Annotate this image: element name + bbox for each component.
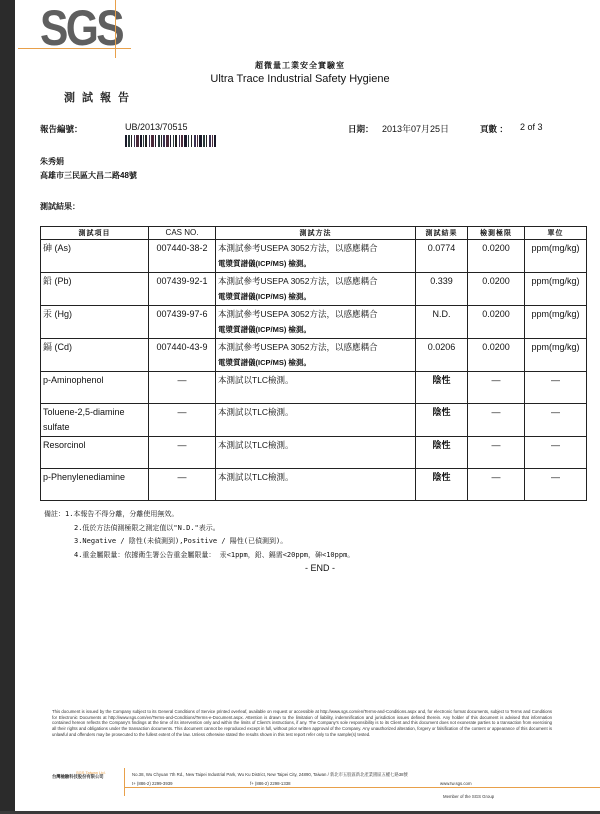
sgs-logo: SGS bbox=[40, 2, 122, 54]
col-header-limit: 檢測極限 bbox=[468, 227, 525, 240]
cell-cas: — bbox=[149, 404, 216, 437]
end-marker: - END - bbox=[0, 563, 600, 573]
method-line-2: 電漿質譜儀(ICP/MS) 檢測。 bbox=[218, 256, 413, 271]
table-row: 汞 (Hg)007439-97-6本測試參考USEPA 3052方法，以感應耦合… bbox=[41, 306, 587, 339]
footer-fax: f+ (886-2) 2298-1338 bbox=[250, 781, 291, 786]
cell-item: Toluene-2,5-diamine sulfate bbox=[41, 404, 149, 437]
cell-item: 砷 (As) bbox=[41, 240, 149, 273]
col-header-method: 測試方法 bbox=[216, 227, 416, 240]
footer-member: Member of the SGS Group bbox=[443, 794, 494, 799]
note-line-2: 2.低於方法偵測極限之測定值以"N.D."表示。 bbox=[44, 522, 354, 536]
footer-company-cn: 台灣檢驗科技股份有限公司 bbox=[52, 774, 104, 780]
cell-method: 本測試以TLC檢測。 bbox=[216, 437, 416, 469]
cell-item: p-Phenylenediamine bbox=[41, 469, 149, 501]
cell-unit: — bbox=[525, 437, 587, 469]
cell-limit: — bbox=[468, 437, 525, 469]
footer-accent-line bbox=[124, 787, 600, 788]
cell-result: 陰性 bbox=[416, 404, 468, 437]
cell-method: 本測試參考USEPA 3052方法，以感應耦合電漿質譜儀(ICP/MS) 檢測。 bbox=[216, 306, 416, 339]
col-header-cas: CAS NO. bbox=[149, 227, 216, 240]
notes-section: 備註：1.本報告不得分離，分離使用無效。 2.低於方法偵測極限之測定值以"N.D… bbox=[44, 508, 354, 562]
cell-item: 鉛 (Pb) bbox=[41, 273, 149, 306]
cell-cas: 007439-97-6 bbox=[149, 306, 216, 339]
page-label: 頁數 ： bbox=[480, 123, 508, 135]
cell-unit: ppm(mg/kg) bbox=[525, 240, 587, 273]
cell-cas: — bbox=[149, 372, 216, 404]
client-name: 朱秀娟 bbox=[40, 156, 64, 167]
cell-unit: ppm(mg/kg) bbox=[525, 306, 587, 339]
table-header-row: 測試項目 CAS NO. 測試方法 測試結果 檢測極限 單位 bbox=[41, 227, 587, 240]
cell-cas: 007440-38-2 bbox=[149, 240, 216, 273]
method-line-1: 本測試參考USEPA 3052方法，以感應耦合 bbox=[218, 307, 413, 322]
report-no-label: 報告編號： bbox=[40, 123, 83, 135]
page-number: 2 of 3 bbox=[520, 122, 543, 132]
method-line-1: 本測試參考USEPA 3052方法，以感應耦合 bbox=[218, 274, 413, 289]
method-line-1: 本測試參考USEPA 3052方法，以感應耦合 bbox=[218, 340, 413, 355]
cell-method: 本測試以TLC檢測。 bbox=[216, 372, 416, 404]
method-line-2: 電漿質譜儀(ICP/MS) 檢測。 bbox=[218, 355, 413, 370]
table-row: 鉛 (Pb)007439-92-1本測試參考USEPA 3052方法，以感應耦合… bbox=[41, 273, 587, 306]
col-header-unit: 單位 bbox=[525, 227, 587, 240]
cell-unit: — bbox=[525, 372, 587, 404]
col-header-item: 測試項目 bbox=[41, 227, 149, 240]
cell-result: 陰性 bbox=[416, 469, 468, 501]
note-line-1: 備註：1.本報告不得分離，分離使用無效。 bbox=[44, 508, 354, 522]
cell-unit: ppm(mg/kg) bbox=[525, 273, 587, 306]
cell-method: 本測試參考USEPA 3052方法，以感應耦合電漿質譜儀(ICP/MS) 檢測。 bbox=[216, 273, 416, 306]
cell-limit: 0.0200 bbox=[468, 339, 525, 372]
report-no: UB/2013/70515 bbox=[125, 122, 188, 132]
method-line-2: 電漿質譜儀(ICP/MS) 檢測。 bbox=[218, 289, 413, 304]
cell-limit: 0.0200 bbox=[468, 306, 525, 339]
cell-method: 本測試以TLC檢測。 bbox=[216, 469, 416, 501]
viewer-left-margin bbox=[0, 0, 15, 814]
report-title: 測試報告 bbox=[64, 89, 136, 105]
client-address: 高雄市三民區大昌二路48號 bbox=[40, 170, 137, 181]
results-table: 測試項目 CAS NO. 測試方法 測試結果 檢測極限 單位 砷 (As)007… bbox=[40, 226, 587, 501]
cell-method: 本測試參考USEPA 3052方法，以感應耦合電漿質譜儀(ICP/MS) 檢測。 bbox=[216, 339, 416, 372]
report-date: 2013年07月25日 bbox=[382, 122, 449, 135]
method-line-2: 電漿質譜儀(ICP/MS) 檢測。 bbox=[218, 322, 413, 337]
cell-cas: 007440-43-9 bbox=[149, 339, 216, 372]
date-label: 日期： bbox=[348, 123, 374, 135]
lab-name-cn: 超微量工業安全實驗室 bbox=[0, 60, 600, 71]
cell-limit: — bbox=[468, 469, 525, 501]
cell-method: 本測試參考USEPA 3052方法，以感應耦合電漿質譜儀(ICP/MS) 檢測。 bbox=[216, 240, 416, 273]
cell-limit: 0.0200 bbox=[468, 273, 525, 306]
cell-limit: — bbox=[468, 372, 525, 404]
method-line-1: 本測試參考USEPA 3052方法，以感應耦合 bbox=[218, 241, 413, 256]
method-line-1: 本測試以TLC檢測。 bbox=[218, 470, 413, 485]
method-line-1: 本測試以TLC檢測。 bbox=[218, 438, 413, 453]
cell-limit: 0.0200 bbox=[468, 240, 525, 273]
cell-item: 汞 (Hg) bbox=[41, 306, 149, 339]
footer-accent-line-vertical bbox=[124, 768, 125, 796]
footer-address: No.38, Wu Chyuan 7th Rd., New Taipei Ind… bbox=[132, 772, 408, 778]
cell-method: 本測試以TLC檢測。 bbox=[216, 404, 416, 437]
cell-item: p-Aminophenol bbox=[41, 372, 149, 404]
notes-label: 備註： bbox=[44, 510, 65, 518]
logo-accent-line-vertical bbox=[115, 0, 116, 58]
cell-result: 0.0206 bbox=[416, 339, 468, 372]
cell-limit: — bbox=[468, 404, 525, 437]
cell-unit: — bbox=[525, 469, 587, 501]
cell-result: 陰性 bbox=[416, 372, 468, 404]
cell-cas: 007439-92-1 bbox=[149, 273, 216, 306]
note-line-3: 3.Negative / 陰性(未偵測到),Positive / 陽性(已偵測到… bbox=[44, 535, 354, 549]
cell-result: 0.339 bbox=[416, 273, 468, 306]
cell-result: 0.0774 bbox=[416, 240, 468, 273]
cell-item: Resorcinol bbox=[41, 437, 149, 469]
table-row: p-Aminophenol—本測試以TLC檢測。陰性—— bbox=[41, 372, 587, 404]
cell-result: 陰性 bbox=[416, 437, 468, 469]
footer-phone: t+ (886-2) 2299-3939 bbox=[132, 781, 173, 786]
cell-cas: — bbox=[149, 437, 216, 469]
table-row: Resorcinol—本測試以TLC檢測。陰性—— bbox=[41, 437, 587, 469]
cell-item: 鎘 (Cd) bbox=[41, 339, 149, 372]
table-row: 砷 (As)007440-38-2本測試參考USEPA 3052方法，以感應耦合… bbox=[41, 240, 587, 273]
cell-unit: ppm(mg/kg) bbox=[525, 339, 587, 372]
cell-unit: — bbox=[525, 404, 587, 437]
report-barcode bbox=[125, 135, 295, 147]
method-line-1: 本測試以TLC檢測。 bbox=[218, 373, 413, 388]
results-label: 測試結果： bbox=[40, 201, 80, 212]
footer-website: www.tw.sgs.com bbox=[440, 781, 472, 786]
cell-cas: — bbox=[149, 469, 216, 501]
table-row: Toluene-2,5-diamine sulfate—本測試以TLC檢測。陰性… bbox=[41, 404, 587, 437]
lab-name-en: Ultra Trace Industrial Safety Hygiene bbox=[0, 73, 600, 85]
col-header-result: 測試結果 bbox=[416, 227, 468, 240]
table-row: 鎘 (Cd)007440-43-9本測試參考USEPA 3052方法，以感應耦合… bbox=[41, 339, 587, 372]
table-row: p-Phenylenediamine—本測試以TLC檢測。陰性—— bbox=[41, 469, 587, 501]
cell-result: N.D. bbox=[416, 306, 468, 339]
method-line-1: 本測試以TLC檢測。 bbox=[218, 405, 413, 420]
note-line-4: 4.重金屬限量：依據衛生署公告重金屬限量： 汞<1ppm，鉛、鎘需<20ppm，… bbox=[44, 549, 354, 563]
footer-disclaimer: This document is issued by the Company s… bbox=[52, 709, 552, 738]
